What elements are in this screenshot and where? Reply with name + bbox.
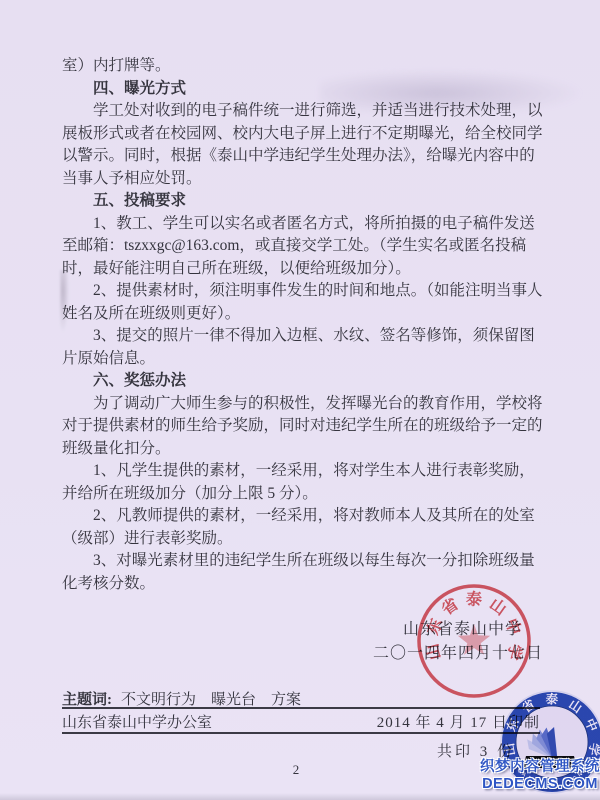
- body-line: 班级量化扣分。: [62, 438, 548, 461]
- body-line: 姓名及所在班级则更好）。: [62, 303, 548, 326]
- footer-divider-bottom: [62, 732, 540, 734]
- svg-text:省: 省: [438, 595, 461, 619]
- body-line: 片原始信息。: [62, 348, 548, 371]
- body-line: 并给所在班级加分（加分上限 5 分）。: [62, 483, 548, 506]
- body-line: 以警示。同时，根据《泰山中学违纪学生处理办法》，给曝光内容中的: [62, 145, 548, 168]
- svg-text:山: 山: [423, 642, 445, 662]
- seal-star: [458, 624, 490, 655]
- subject-row: 主题词:不文明行为 曝光台 方案: [62, 688, 301, 709]
- issuing-office: 山东省泰山中学办公室: [62, 711, 212, 732]
- body-line: 1、教工、学生可以实名或者匿名方式，将所拍摄的电子稿件发送: [62, 213, 548, 236]
- body-line: 对于提供素材的师生给予奖励，同时对违纪学生所在的班级给予一定的: [62, 415, 548, 438]
- body-line: 为了调动广大师生参与的积极性，发挥曝光台的教育作用，学校将: [62, 393, 548, 416]
- body-line: 学工处对收到的电子稿件统一进行筛选，并适当进行技术处理，以: [62, 100, 548, 123]
- subject-label: 主题词:: [62, 692, 112, 708]
- body-line: （级部）进行表彰奖励。: [62, 528, 548, 551]
- svg-text:学: 学: [503, 642, 525, 662]
- subject-terms: 不文明行为 曝光台 方案: [121, 692, 301, 708]
- document-body: 室）内打牌等。四、曝光方式学工处对收到的电子稿件统一进行筛选，并适当进行技术处理…: [62, 55, 548, 595]
- section-heading: 五、投稿要求: [62, 190, 548, 213]
- body-line: 3、对曝光素材里的违纪学生所在班级以每生每次一分扣除班级量: [62, 550, 548, 573]
- watermark-line-cn: 织梦内容管理系统: [478, 759, 600, 776]
- official-red-seal: 山东省泰山中学: [409, 576, 539, 706]
- svg-text:泰: 泰: [546, 691, 559, 706]
- watermark-line-en: DEDECMS.COM: [478, 776, 600, 793]
- body-line: 至邮箱：tszxxgc@163.com，或直接交学工处。（学生实名或匿名投稿: [62, 235, 548, 258]
- svg-text:东: 东: [423, 616, 446, 638]
- svg-text:中: 中: [502, 616, 524, 637]
- svg-text:山: 山: [502, 742, 518, 757]
- body-line: 3、提交的照片一律不得加入边框、水纹、签名等修饰，须保留图: [62, 325, 548, 348]
- section-heading: 四、曝光方式: [62, 78, 548, 101]
- section-heading: 六、奖惩办法: [62, 370, 548, 393]
- dedecms-watermark-text: 织梦内容管理系统 DEDECMS.COM: [478, 759, 600, 793]
- body-line: 2、提供素材时，须注明事件发生的时间和地点。（如能注明当事人: [62, 280, 548, 303]
- svg-text:山: 山: [486, 595, 509, 619]
- body-line: 时，最好能注明自己所在班级，以便给班级加分）。: [62, 258, 548, 281]
- body-line: 1、凡学生提供的素材，一经采用，将对学生本人进行表彰奖励，: [62, 460, 548, 483]
- document-page: 室）内打牌等。四、曝光方式学工处对收到的电子稿件统一进行筛选，并适当进行技术处理…: [0, 0, 600, 800]
- body-line: 当事人予相应处罚。: [62, 168, 548, 191]
- body-line: 2、凡教师提供的素材，一经采用，将对教师本人及其所在的处室: [62, 505, 548, 528]
- body-line: 室）内打牌等。: [62, 55, 548, 78]
- svg-text:泰: 泰: [466, 590, 482, 609]
- body-line: 展板形式或者在校园网、校内大电子屏上进行不定期曝光，给全校同学: [62, 123, 548, 146]
- footer-divider-top: [62, 707, 540, 709]
